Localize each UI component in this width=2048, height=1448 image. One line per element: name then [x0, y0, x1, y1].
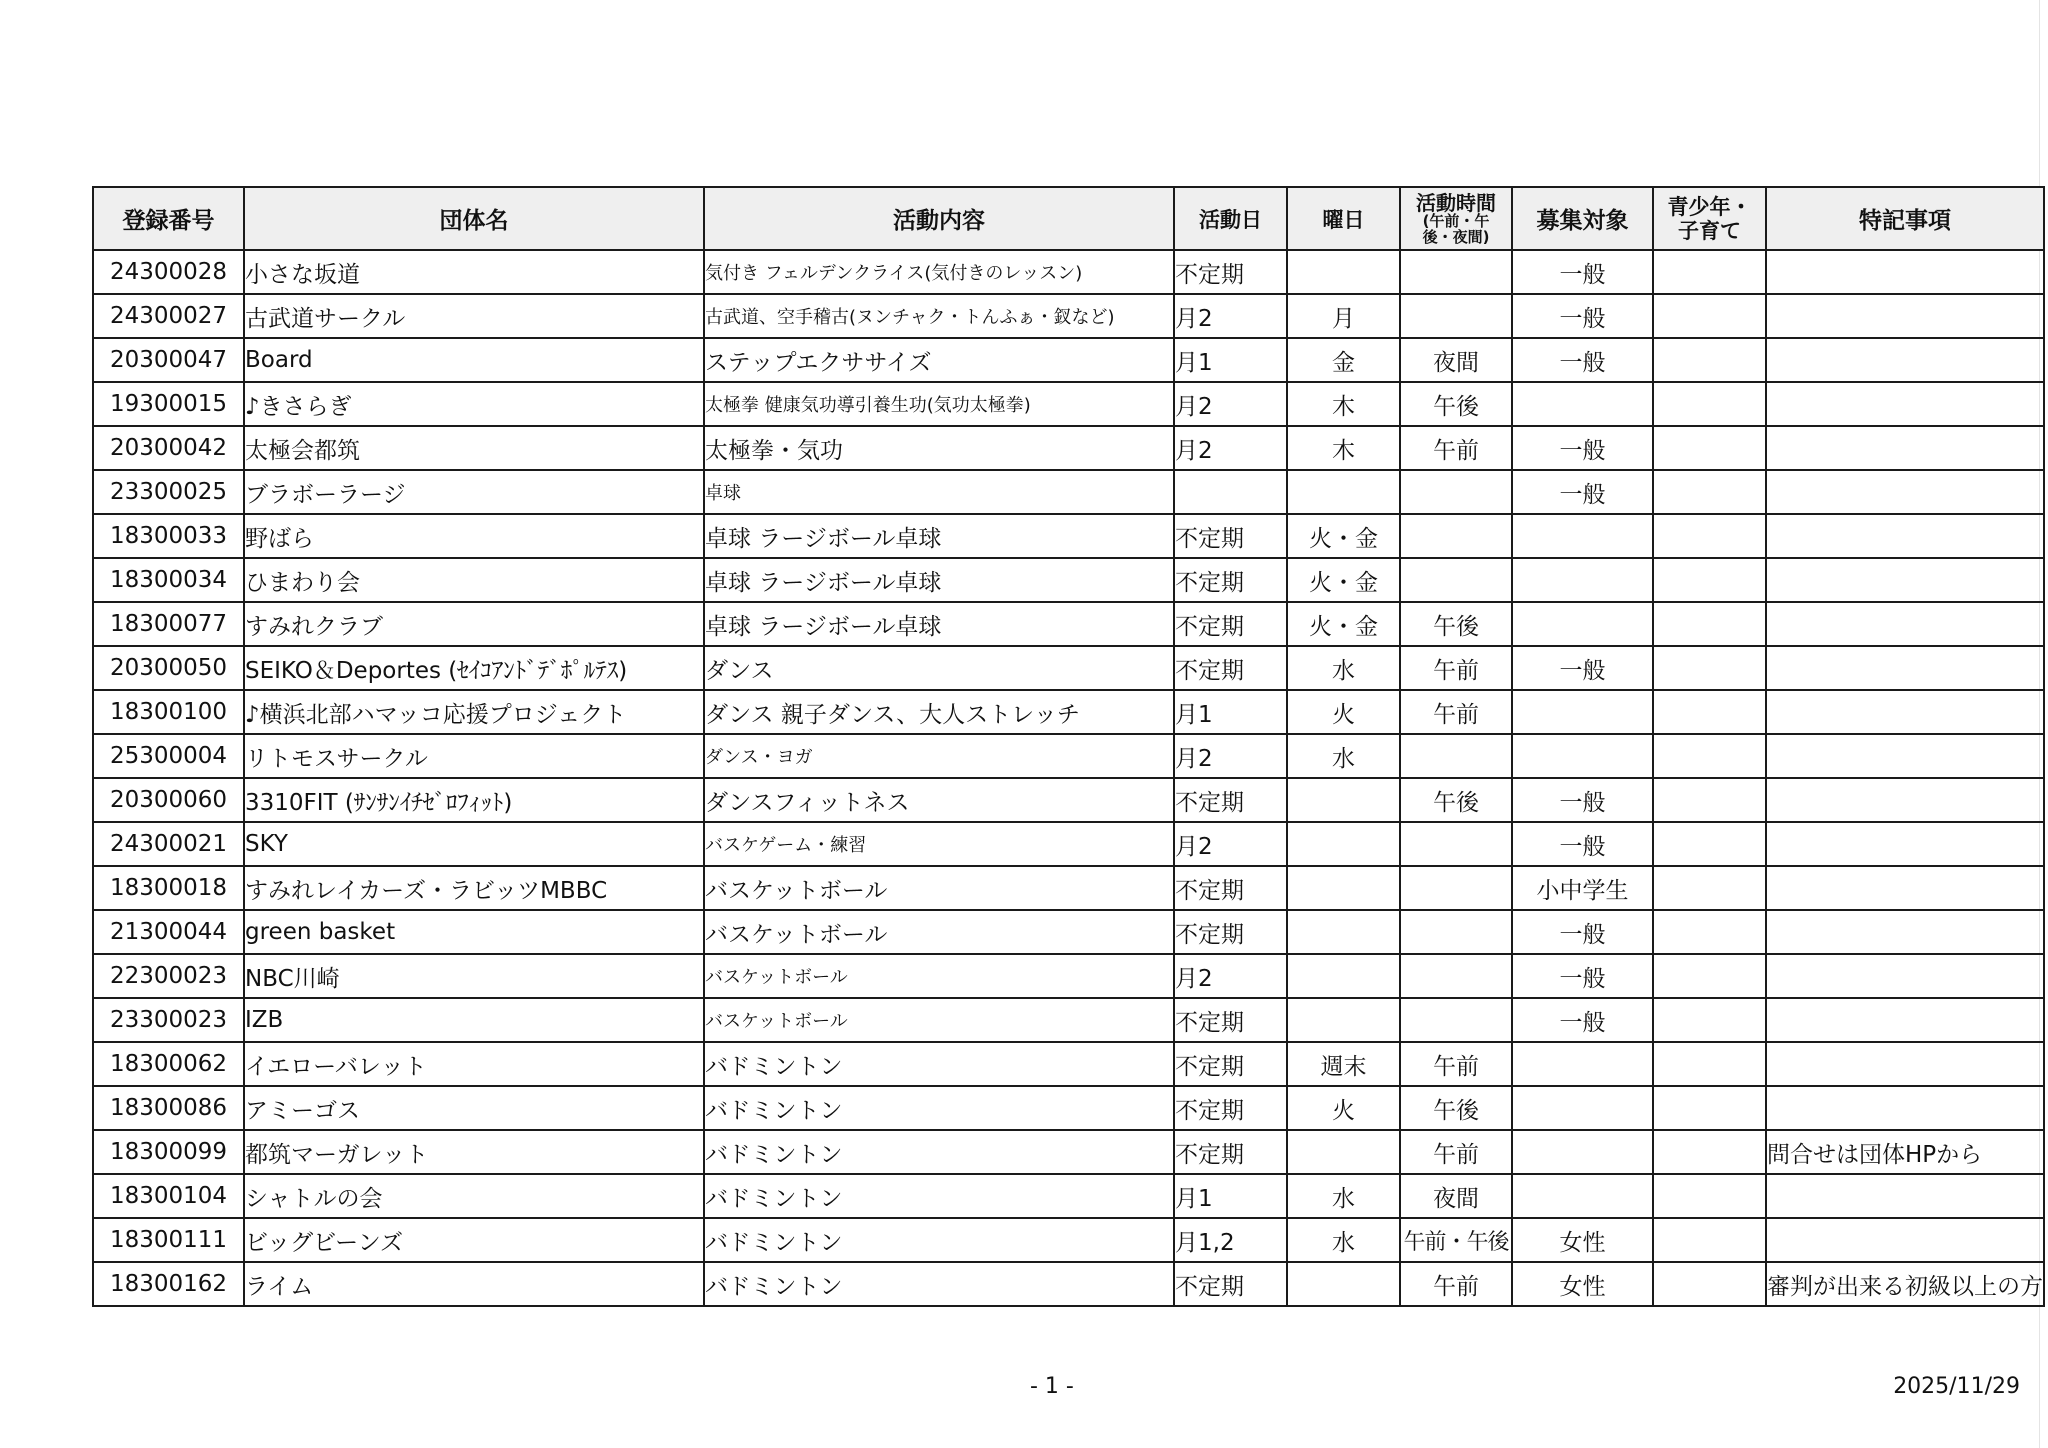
cell-target: 一般	[1512, 778, 1653, 822]
cell-name: green basket	[244, 910, 704, 954]
cell-name: IZB	[244, 998, 704, 1042]
cell-youth	[1653, 514, 1766, 558]
table-row: 24300021SKYバスケゲーム・練習月2一般	[93, 822, 2044, 866]
cell-weekday	[1287, 822, 1400, 866]
cell-name: ライム	[244, 1262, 704, 1306]
cell-note	[1766, 1174, 2044, 1218]
cell-time: 午後	[1400, 382, 1512, 426]
cell-activity: 卓球 ラージボール卓球	[704, 602, 1174, 646]
cell-id: 18300100	[93, 690, 244, 734]
cell-name: NBC川崎	[244, 954, 704, 998]
cell-activity: バスケットボール	[704, 998, 1174, 1042]
cell-time	[1400, 250, 1512, 294]
cell-target: 小中学生	[1512, 866, 1653, 910]
cell-name: Board	[244, 338, 704, 382]
cell-id: 24300028	[93, 250, 244, 294]
cell-note	[1766, 954, 2044, 998]
cell-activity: 卓球 ラージボール卓球	[704, 514, 1174, 558]
cell-activity-day: 不定期	[1174, 866, 1287, 910]
cell-youth	[1653, 1218, 1766, 1262]
cell-target: 一般	[1512, 338, 1653, 382]
cell-time	[1400, 954, 1512, 998]
cell-youth	[1653, 1086, 1766, 1130]
cell-activity: バスケゲーム・練習	[704, 822, 1174, 866]
header-time-line2: (午前・午	[1401, 213, 1511, 229]
cell-target: 一般	[1512, 646, 1653, 690]
cell-id: 18300033	[93, 514, 244, 558]
cell-activity-day: 月2	[1174, 734, 1287, 778]
cell-youth	[1653, 778, 1766, 822]
cell-weekday: 月	[1287, 294, 1400, 338]
cell-id: 18300062	[93, 1042, 244, 1086]
cell-target	[1512, 1042, 1653, 1086]
cell-youth	[1653, 338, 1766, 382]
cell-weekday	[1287, 250, 1400, 294]
cell-activity-day: 不定期	[1174, 514, 1287, 558]
table-row: 25300004リトモスサークルダンス・ヨガ月2水	[93, 734, 2044, 778]
table-row: 24300027古武道サークル古武道、空手稽古(ヌンチャク・トんふぁ・釵など)月…	[93, 294, 2044, 338]
cell-weekday: 水	[1287, 1218, 1400, 1262]
cell-name: すみれクラブ	[244, 602, 704, 646]
header-name: 団体名	[244, 187, 704, 250]
cell-target	[1512, 734, 1653, 778]
cell-activity-day: 月1	[1174, 338, 1287, 382]
cell-activity: ダンス 親子ダンス、大人ストレッチ	[704, 690, 1174, 734]
cell-target: 一般	[1512, 998, 1653, 1042]
cell-target	[1512, 1086, 1653, 1130]
cell-name: 太極会都筑	[244, 426, 704, 470]
table-row: 18300062イエローバレットバドミントン不定期週末午前	[93, 1042, 2044, 1086]
cell-weekday: 火・金	[1287, 558, 1400, 602]
cell-id: 18300018	[93, 866, 244, 910]
cell-id: 18300034	[93, 558, 244, 602]
cell-activity: 太極拳 健康気功導引養生功(気功太極拳)	[704, 382, 1174, 426]
cell-id: 21300044	[93, 910, 244, 954]
cell-id: 23300025	[93, 470, 244, 514]
cell-id: 22300023	[93, 954, 244, 998]
cell-youth	[1653, 954, 1766, 998]
cell-weekday: 水	[1287, 1174, 1400, 1218]
header-activity: 活動内容	[704, 187, 1174, 250]
cell-name: ビッグビーンズ	[244, 1218, 704, 1262]
cell-time	[1400, 910, 1512, 954]
cell-id: 18300099	[93, 1130, 244, 1174]
cell-time: 午後	[1400, 602, 1512, 646]
header-id: 登録番号	[93, 187, 244, 250]
cell-target	[1512, 382, 1653, 426]
cell-id: 18300086	[93, 1086, 244, 1130]
table-row: 18300077すみれクラブ卓球 ラージボール卓球不定期火・金午後	[93, 602, 2044, 646]
cell-activity-day: 月1	[1174, 690, 1287, 734]
cell-youth	[1653, 426, 1766, 470]
header-activity-day: 活動日	[1174, 187, 1287, 250]
table-body: 24300028小さな坂道気付き フェルデンクライス(気付きのレッスン)不定期一…	[93, 250, 2044, 1306]
cell-activity-day: 不定期	[1174, 602, 1287, 646]
cell-activity: バドミントン	[704, 1130, 1174, 1174]
table-row: 18300162ライムバドミントン不定期午前女性審判が出来る初級以上の方	[93, 1262, 2044, 1306]
table-row: 21300044green basketバスケットボール不定期一般	[93, 910, 2044, 954]
cell-note	[1766, 1218, 2044, 1262]
cell-time	[1400, 734, 1512, 778]
table-row: 18300100♪横浜北部ハマッコ応援プロジェクトダンス 親子ダンス、大人ストレ…	[93, 690, 2044, 734]
cell-name: SEIKO＆Deportes (ｾｲｺｱﾝﾄﾞﾃﾞﾎﾟﾙﾃｽ)	[244, 646, 704, 690]
cell-name: ♪横浜北部ハマッコ応援プロジェクト	[244, 690, 704, 734]
cell-note	[1766, 822, 2044, 866]
cell-activity-day	[1174, 470, 1287, 514]
cell-activity: バドミントン	[704, 1174, 1174, 1218]
cell-youth	[1653, 910, 1766, 954]
cell-activity: 太極拳・気功	[704, 426, 1174, 470]
cell-youth	[1653, 690, 1766, 734]
cell-id: 18300111	[93, 1218, 244, 1262]
cell-youth	[1653, 382, 1766, 426]
cell-name: 都筑マーガレット	[244, 1130, 704, 1174]
cell-name: すみれレイカーズ・ラビッツMBBC	[244, 866, 704, 910]
cell-note	[1766, 514, 2044, 558]
cell-target: 一般	[1512, 470, 1653, 514]
table-row: 20300042太極会都筑太極拳・気功月2木午前一般	[93, 426, 2044, 470]
cell-time: 午前	[1400, 1130, 1512, 1174]
cell-activity: ステップエクササイズ	[704, 338, 1174, 382]
cell-activity: バスケットボール	[704, 954, 1174, 998]
cell-target	[1512, 558, 1653, 602]
cell-activity: バスケットボール	[704, 866, 1174, 910]
cell-name: イエローバレット	[244, 1042, 704, 1086]
cell-note	[1766, 1042, 2044, 1086]
cell-weekday	[1287, 470, 1400, 514]
cell-target: 一般	[1512, 426, 1653, 470]
cell-note	[1766, 646, 2044, 690]
table-row: 23300025ブラボーラージ卓球一般	[93, 470, 2044, 514]
table-row: 203000603310FIT (ｻﾝｻﾝｲﾁｾﾞﾛﾌｨｯﾄ)ダンスフィットネス…	[93, 778, 2044, 822]
header-time-line1: 活動時間	[1401, 193, 1511, 213]
table-row: 18300104シャトルの会バドミントン月1水夜間	[93, 1174, 2044, 1218]
cell-id: 20300042	[93, 426, 244, 470]
cell-note	[1766, 910, 2044, 954]
cell-youth	[1653, 1042, 1766, 1086]
cell-activity-day: 月1	[1174, 1174, 1287, 1218]
cell-activity: 卓球 ラージボール卓球	[704, 558, 1174, 602]
cell-note: 審判が出来る初級以上の方	[1766, 1262, 2044, 1306]
cell-name: 小さな坂道	[244, 250, 704, 294]
group-roster-table: 登録番号 団体名 活動内容 活動日 曜日 活動時間 (午前・午 後・夜間) 募集…	[92, 186, 2045, 1307]
cell-youth	[1653, 1130, 1766, 1174]
table-row: 18300111ビッグビーンズバドミントン月1,2水午前・午後女性	[93, 1218, 2044, 1262]
cell-youth	[1653, 822, 1766, 866]
cell-youth	[1653, 470, 1766, 514]
cell-note	[1766, 338, 2044, 382]
table-row: 22300023NBC川崎バスケットボール月2一般	[93, 954, 2044, 998]
cell-activity: バドミントン	[704, 1042, 1174, 1086]
cell-time	[1400, 822, 1512, 866]
cell-activity: バドミントン	[704, 1086, 1174, 1130]
cell-weekday: 木	[1287, 426, 1400, 470]
cell-time	[1400, 470, 1512, 514]
cell-weekday: 水	[1287, 734, 1400, 778]
cell-note	[1766, 778, 2044, 822]
cell-activity-day: 不定期	[1174, 778, 1287, 822]
cell-activity: バドミントン	[704, 1262, 1174, 1306]
cell-id: 20300060	[93, 778, 244, 822]
table-row: 24300028小さな坂道気付き フェルデンクライス(気付きのレッスン)不定期一…	[93, 250, 2044, 294]
cell-time: 午前	[1400, 426, 1512, 470]
cell-youth	[1653, 558, 1766, 602]
cell-activity-day: 不定期	[1174, 1042, 1287, 1086]
cell-id: 25300004	[93, 734, 244, 778]
cell-activity-day: 月1,2	[1174, 1218, 1287, 1262]
cell-note	[1766, 558, 2044, 602]
print-date: 2025/11/29	[1893, 1374, 2020, 1399]
cell-target	[1512, 1130, 1653, 1174]
cell-time: 午前	[1400, 1042, 1512, 1086]
cell-youth	[1653, 646, 1766, 690]
cell-id: 23300023	[93, 998, 244, 1042]
table-row: 18300099都筑マーガレットバドミントン不定期午前問合せは団体HPから	[93, 1130, 2044, 1174]
cell-name: ブラボーラージ	[244, 470, 704, 514]
cell-youth	[1653, 602, 1766, 646]
cell-id: 18300104	[93, 1174, 244, 1218]
cell-name: リトモスサークル	[244, 734, 704, 778]
cell-name: ♪きさらぎ	[244, 382, 704, 426]
cell-youth	[1653, 250, 1766, 294]
cell-target: 一般	[1512, 954, 1653, 998]
table-row: 20300047Boardステップエクササイズ月1金夜間一般	[93, 338, 2044, 382]
cell-activity: 気付き フェルデンクライス(気付きのレッスン)	[704, 250, 1174, 294]
cell-name: 古武道サークル	[244, 294, 704, 338]
cell-note	[1766, 294, 2044, 338]
cell-activity-day: 不定期	[1174, 250, 1287, 294]
cell-note	[1766, 1086, 2044, 1130]
table-row: 23300023IZBバスケットボール不定期一般	[93, 998, 2044, 1042]
cell-time	[1400, 866, 1512, 910]
header-target: 募集対象	[1512, 187, 1653, 250]
header-youth-line2: 子育て	[1654, 219, 1765, 243]
cell-note	[1766, 734, 2044, 778]
cell-name: ひまわり会	[244, 558, 704, 602]
cell-youth	[1653, 866, 1766, 910]
table-row: 19300015♪きさらぎ太極拳 健康気功導引養生功(気功太極拳)月2木午後	[93, 382, 2044, 426]
cell-youth	[1653, 998, 1766, 1042]
table-row: 20300050SEIKO＆Deportes (ｾｲｺｱﾝﾄﾞﾃﾞﾎﾟﾙﾃｽ)ダ…	[93, 646, 2044, 690]
cell-activity: バドミントン	[704, 1218, 1174, 1262]
cell-id: 24300027	[93, 294, 244, 338]
cell-weekday	[1287, 1262, 1400, 1306]
cell-youth	[1653, 734, 1766, 778]
header-row: 登録番号 団体名 活動内容 活動日 曜日 活動時間 (午前・午 後・夜間) 募集…	[93, 187, 2044, 250]
cell-note	[1766, 250, 2044, 294]
cell-weekday: 水	[1287, 646, 1400, 690]
cell-activity-day: 月2	[1174, 822, 1287, 866]
cell-activity: 卓球	[704, 470, 1174, 514]
cell-time: 夜間	[1400, 1174, 1512, 1218]
cell-note	[1766, 998, 2044, 1042]
cell-activity-day: 不定期	[1174, 910, 1287, 954]
header-weekday: 曜日	[1287, 187, 1400, 250]
cell-note	[1766, 602, 2044, 646]
cell-name: シャトルの会	[244, 1174, 704, 1218]
table-row: 18300034ひまわり会卓球 ラージボール卓球不定期火・金	[93, 558, 2044, 602]
cell-weekday: 火・金	[1287, 602, 1400, 646]
cell-weekday	[1287, 866, 1400, 910]
cell-target	[1512, 1174, 1653, 1218]
cell-note	[1766, 866, 2044, 910]
table-row: 18300086アミーゴスバドミントン不定期火午後	[93, 1086, 2044, 1130]
header-youth: 青少年・ 子育て	[1653, 187, 1766, 250]
table-row: 18300018すみれレイカーズ・ラビッツMBBCバスケットボール不定期小中学生	[93, 866, 2044, 910]
cell-target: 一般	[1512, 250, 1653, 294]
cell-target: 女性	[1512, 1262, 1653, 1306]
cell-activity-day: 月2	[1174, 954, 1287, 998]
header-time-line3: 後・夜間)	[1401, 229, 1511, 245]
cell-target: 一般	[1512, 822, 1653, 866]
cell-target: 一般	[1512, 910, 1653, 954]
cell-name: SKY	[244, 822, 704, 866]
cell-weekday: 週末	[1287, 1042, 1400, 1086]
cell-name: 3310FIT (ｻﾝｻﾝｲﾁｾﾞﾛﾌｨｯﾄ)	[244, 778, 704, 822]
cell-activity-day: 不定期	[1174, 1130, 1287, 1174]
cell-name: アミーゴス	[244, 1086, 704, 1130]
cell-target: 女性	[1512, 1218, 1653, 1262]
cell-note	[1766, 426, 2044, 470]
cell-activity: ダンス	[704, 646, 1174, 690]
cell-activity-day: 不定期	[1174, 1262, 1287, 1306]
cell-activity-day: 月2	[1174, 294, 1287, 338]
cell-activity-day: 不定期	[1174, 998, 1287, 1042]
cell-weekday	[1287, 998, 1400, 1042]
header-time: 活動時間 (午前・午 後・夜間)	[1400, 187, 1512, 250]
cell-activity-day: 不定期	[1174, 646, 1287, 690]
cell-activity-day: 月2	[1174, 426, 1287, 470]
cell-weekday	[1287, 910, 1400, 954]
cell-note	[1766, 382, 2044, 426]
cell-weekday: 火	[1287, 690, 1400, 734]
table-row: 18300033野ばら卓球 ラージボール卓球不定期火・金	[93, 514, 2044, 558]
cell-time: 午後	[1400, 1086, 1512, 1130]
cell-weekday	[1287, 954, 1400, 998]
cell-id: 18300077	[93, 602, 244, 646]
cell-weekday	[1287, 778, 1400, 822]
cell-name: 野ばら	[244, 514, 704, 558]
cell-weekday: 火	[1287, 1086, 1400, 1130]
cell-target: 一般	[1512, 294, 1653, 338]
cell-time	[1400, 558, 1512, 602]
cell-time	[1400, 294, 1512, 338]
cell-activity: バスケットボール	[704, 910, 1174, 954]
cell-youth	[1653, 294, 1766, 338]
cell-activity-day: 不定期	[1174, 558, 1287, 602]
cell-id: 20300050	[93, 646, 244, 690]
cell-target	[1512, 690, 1653, 734]
cell-time: 午後	[1400, 778, 1512, 822]
cell-time: 午前	[1400, 1262, 1512, 1306]
cell-id: 20300047	[93, 338, 244, 382]
cell-activity-day: 不定期	[1174, 1086, 1287, 1130]
cell-id: 19300015	[93, 382, 244, 426]
cell-activity-day: 月2	[1174, 382, 1287, 426]
cell-activity: ダンスフィットネス	[704, 778, 1174, 822]
cell-target	[1512, 514, 1653, 558]
cell-activity: ダンス・ヨガ	[704, 734, 1174, 778]
cell-id: 24300021	[93, 822, 244, 866]
header-notes: 特記事項	[1766, 187, 2044, 250]
page-number: - 1 -	[1030, 1374, 1074, 1399]
cell-time: 午前	[1400, 646, 1512, 690]
cell-id: 18300162	[93, 1262, 244, 1306]
header-youth-line1: 青少年・	[1654, 195, 1765, 219]
cell-time	[1400, 514, 1512, 558]
cell-time: 夜間	[1400, 338, 1512, 382]
cell-weekday: 木	[1287, 382, 1400, 426]
cell-youth	[1653, 1262, 1766, 1306]
cell-note: 問合せは団体HPから	[1766, 1130, 2044, 1174]
cell-activity: 古武道、空手稽古(ヌンチャク・トんふぁ・釵など)	[704, 294, 1174, 338]
cell-note	[1766, 470, 2044, 514]
cell-weekday: 火・金	[1287, 514, 1400, 558]
cell-target	[1512, 602, 1653, 646]
cell-weekday	[1287, 1130, 1400, 1174]
cell-note	[1766, 690, 2044, 734]
cell-time	[1400, 998, 1512, 1042]
cell-weekday: 金	[1287, 338, 1400, 382]
cell-time: 午前・午後	[1400, 1218, 1512, 1262]
cell-youth	[1653, 1174, 1766, 1218]
cell-time: 午前	[1400, 690, 1512, 734]
